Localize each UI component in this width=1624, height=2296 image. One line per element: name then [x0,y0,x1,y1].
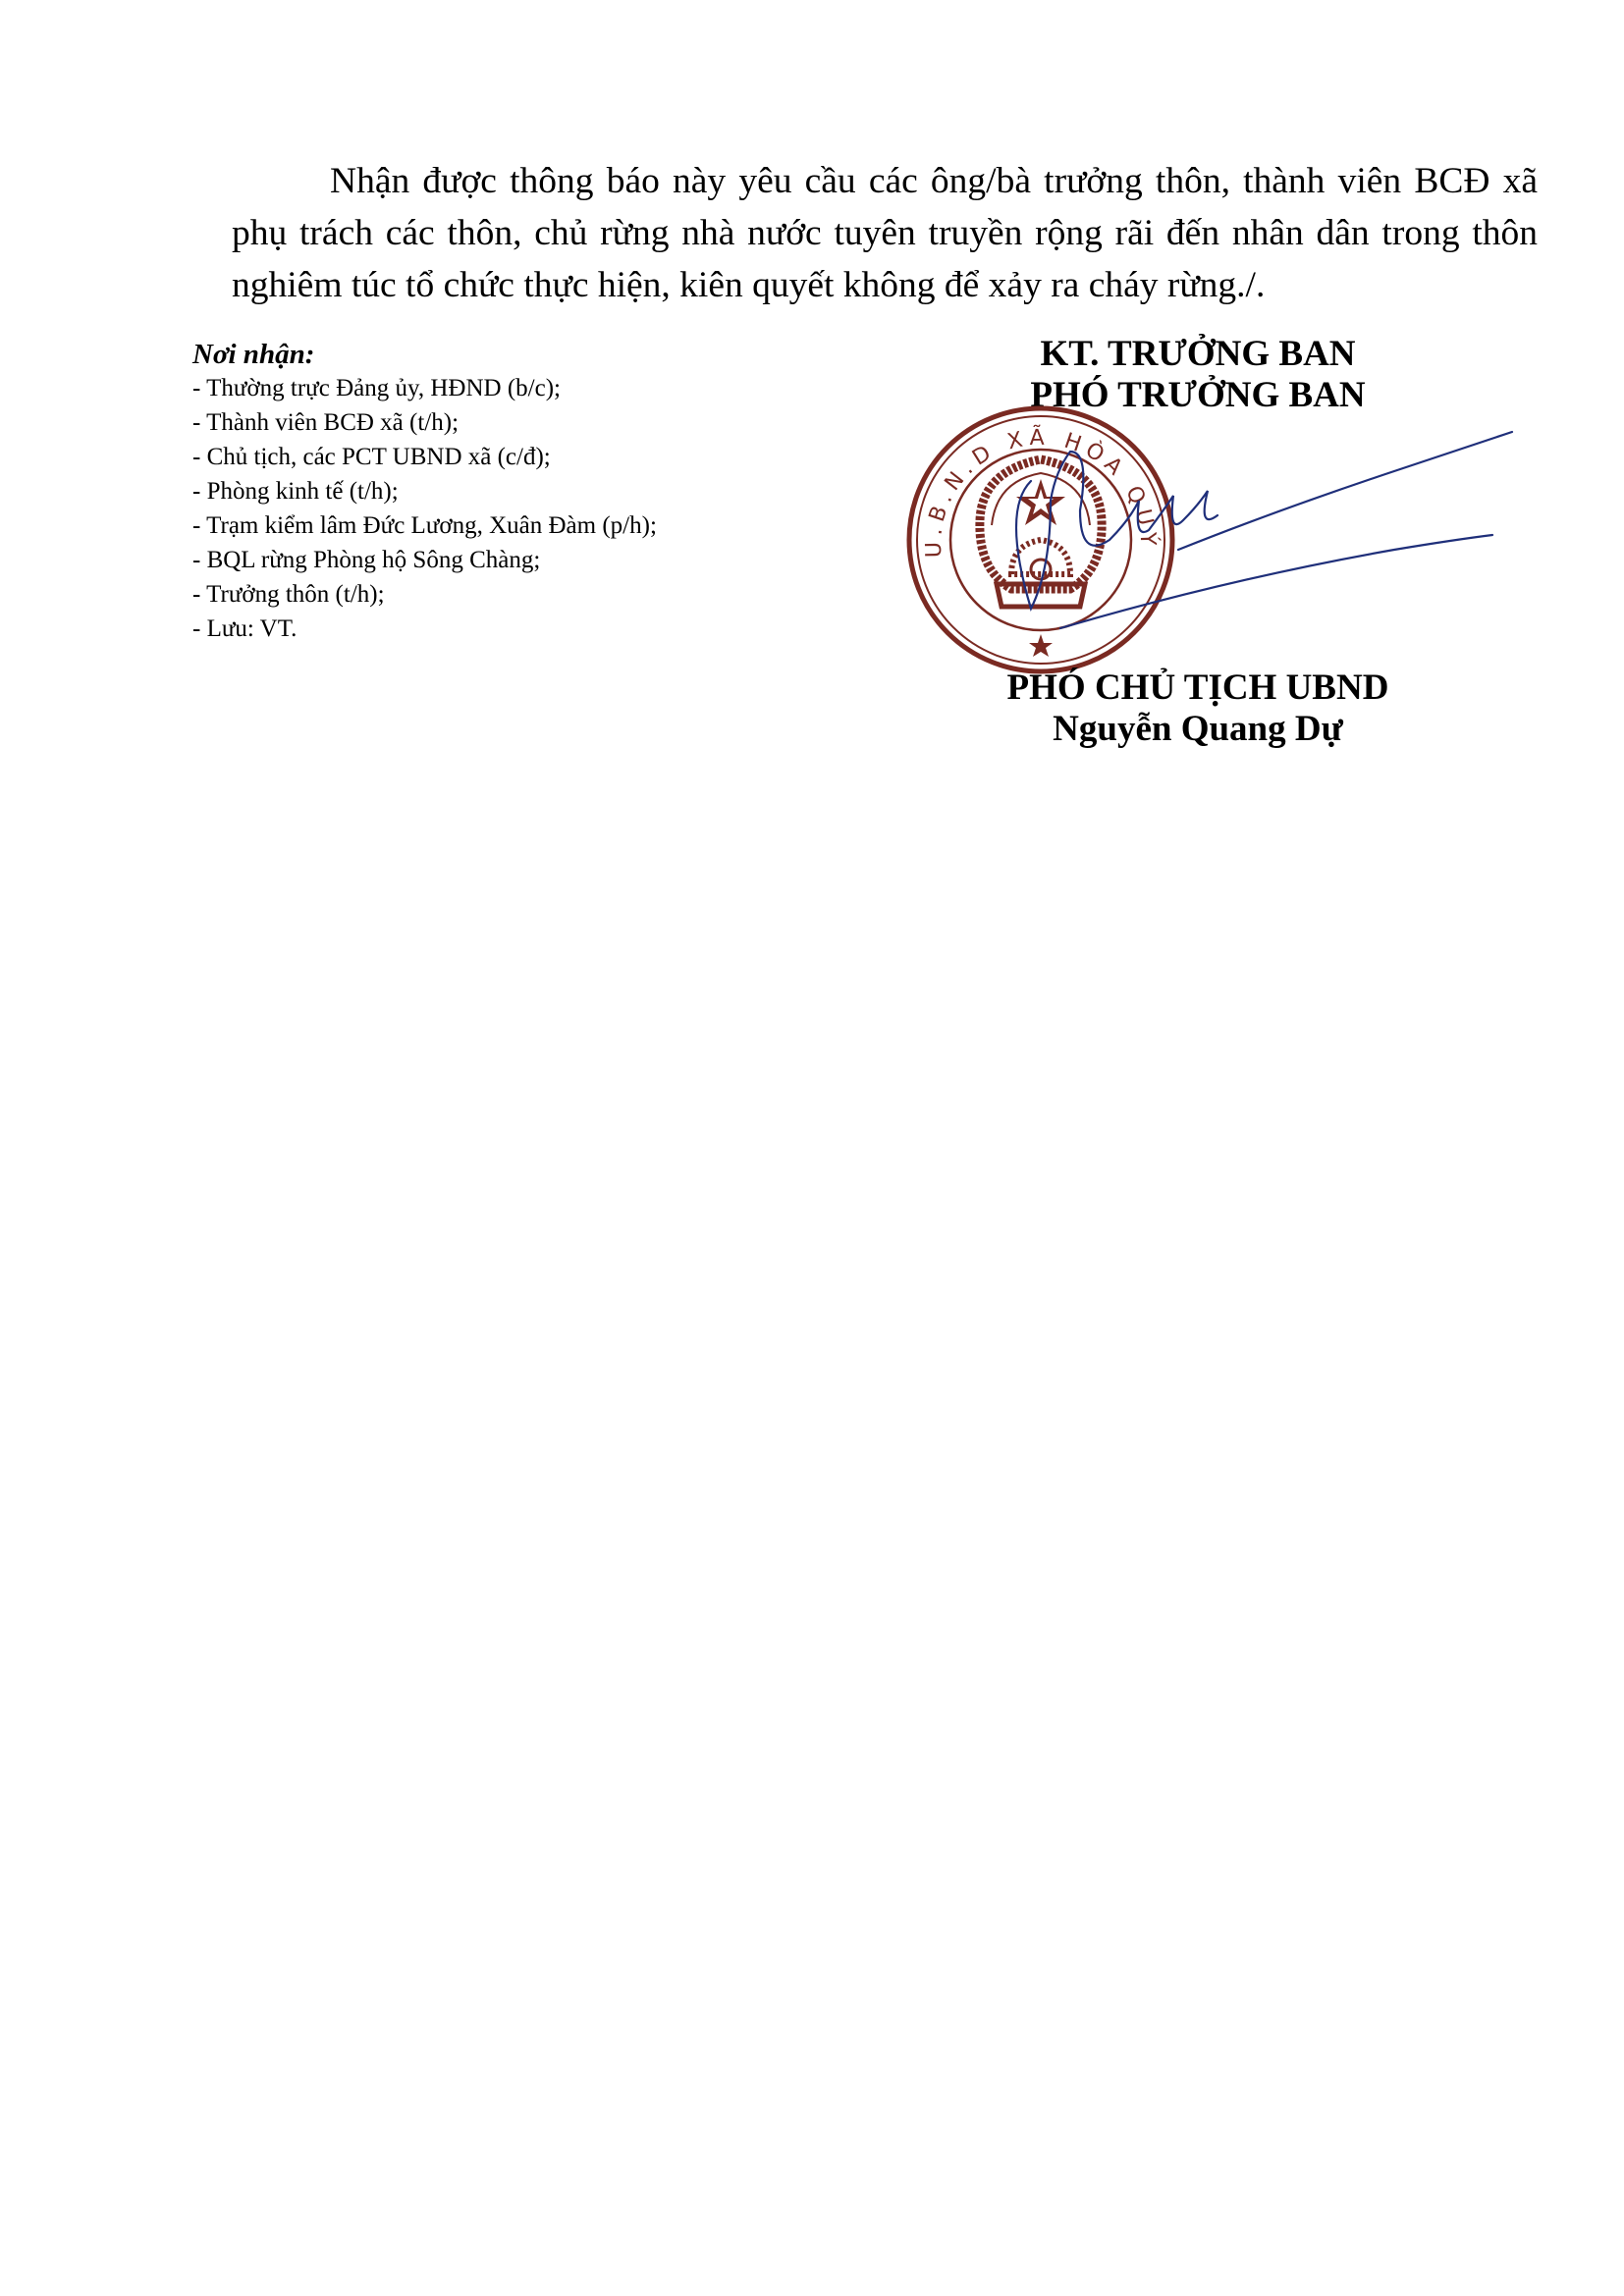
recipient-item: - BQL rừng Phòng hộ Sông Chàng; [192,543,821,577]
signer-name: Nguyễn Quang Dự [962,709,1434,750]
signer-block: PHÓ CHỦ TỊCH UBND Nguyễn Quang Dự [962,667,1434,750]
recipient-item: - Thành viên BCĐ xã (t/h); [192,405,821,440]
body-paragraph: Nhận được thông báo này yêu cầu các ông/… [232,155,1538,311]
recipients-list: Nơi nhận: - Thường trực Đảng ủy, HĐND (b… [192,338,821,646]
signer-title: PHÓ CHỦ TỊCH UBND [962,667,1434,709]
svg-text:U.B.N.D XÃ HÒA QUÝ T.THANH HÓA: U.B.N.D XÃ HÒA QUÝ T.THANH HÓA [903,402,1161,566]
official-seal-icon: U.B.N.D XÃ HÒA QUÝ T.THANH HÓA [903,402,1178,677]
recipient-item: - Chủ tịch, các PCT UBND xã (c/đ); [192,440,821,474]
recipient-item: - Thường trực Đảng ủy, HĐND (b/c); [192,371,821,405]
recipient-item: - Trạm kiểm lâm Đức Lương, Xuân Đàm (p/h… [192,508,821,543]
recipient-item: - Phòng kinh tế (t/h); [192,474,821,508]
recipients-title: Nơi nhận: [192,338,821,371]
signature-line-1: KT. TRƯỞNG BAN [962,334,1434,375]
recipient-item: - Trưởng thôn (t/h); [192,577,821,612]
recipient-item: - Lưu: VT. [192,612,821,646]
body-text: Nhận được thông báo này yêu cầu các ông/… [232,155,1538,311]
